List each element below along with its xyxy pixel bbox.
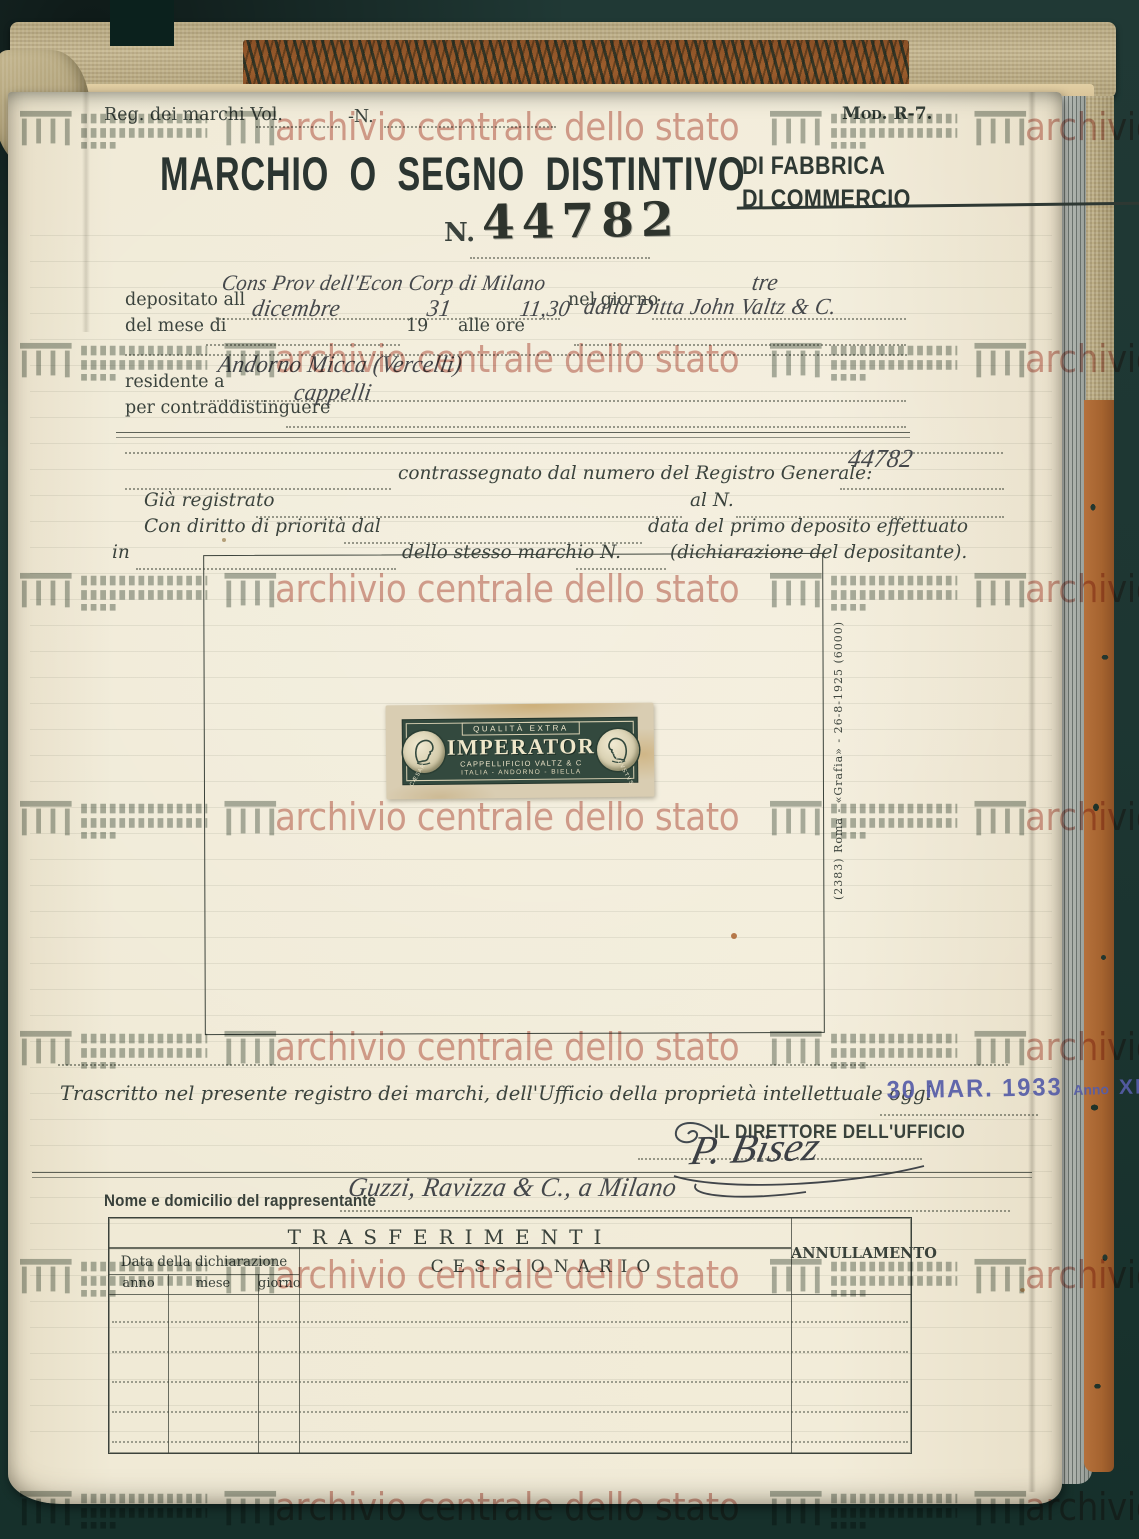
- form-model-label: Mod. R-7.: [842, 104, 932, 124]
- printer-imprint: (2383) Roma - «Grafia» - 26-8-1925 (6000…: [832, 690, 845, 900]
- section-divider: [116, 432, 910, 438]
- year-handwritten: 31: [425, 296, 453, 323]
- table-line: [791, 1218, 792, 1453]
- trademark-label: CÆSAR QUALITÀ EXTRA IMPERATOR CAPPELLIFI…: [403, 718, 638, 784]
- blank-line: [340, 1210, 1010, 1212]
- residence-label: residente a: [125, 372, 225, 392]
- stamp-anno-value: XI: [1119, 1075, 1139, 1098]
- hour-label: alle ore: [458, 316, 525, 336]
- table-line: [109, 1274, 299, 1275]
- empty-row-line: [112, 1441, 908, 1443]
- transfers-title: TRASFERIMENTI: [109, 1225, 791, 1249]
- marbled-cover-right: [1084, 400, 1114, 1472]
- blank-line: [58, 1064, 1008, 1066]
- residence-handwritten: Andorno Micca (Vercelli): [216, 352, 464, 379]
- hour-handwritten: 11,30: [518, 296, 572, 322]
- general-number-label: contrassegnato dal numero del Registro G…: [398, 463, 872, 484]
- goods-handwritten: cappelli: [292, 380, 374, 407]
- transfers-table: TRASFERIMENTI ANNULLAMENTO Data della di…: [108, 1217, 912, 1454]
- date-stamp: 30 MAR. 1933AnnoXI: [882, 1071, 1139, 1105]
- blank-line: [384, 126, 556, 128]
- col-annullamento: ANNULLAMENTO: [791, 1245, 911, 1262]
- register-volume-label: Reg. dei marchi Vol.: [104, 105, 283, 125]
- col-anno: anno: [109, 1276, 168, 1291]
- register-number-label: -N.: [348, 107, 374, 127]
- document-page: Reg. dei marchi Vol. -N. Mod. R-7. MARCH…: [8, 92, 1062, 1504]
- month-label: del mese di: [125, 316, 226, 336]
- table-line: [299, 1247, 300, 1453]
- blank-line: [574, 344, 906, 346]
- col-giorno: giorno: [258, 1276, 299, 1291]
- title-di-commercio-struck: DI COMMERCIO: [742, 185, 1139, 214]
- office-handwritten: Cons Prov dell'Econ Corp di Milano: [220, 270, 548, 296]
- general-number-handwritten: 44782: [846, 444, 915, 474]
- blank-line: [880, 1114, 1038, 1116]
- blank-line: [840, 488, 1004, 490]
- table-line: [258, 1274, 259, 1453]
- col-cessionario: CESSIONARIO: [299, 1257, 791, 1277]
- number-prefix: N.: [444, 218, 475, 248]
- representative-handwritten: Guzzi, Ravizza & C., a Milano: [346, 1172, 679, 1203]
- empty-row-line: [112, 1381, 908, 1383]
- director-signature: P. Bisez: [686, 1122, 824, 1174]
- ink-stain: [731, 933, 737, 939]
- stamp-anno-label: Anno: [1073, 1081, 1109, 1098]
- al-n-label: al N.: [690, 490, 734, 511]
- table-line: [168, 1274, 169, 1453]
- first-deposit-label: data del primo deposito effettuato: [648, 516, 968, 537]
- representative-label: Nome e domicilio del rappresentante: [104, 1192, 376, 1211]
- blank-line: [256, 126, 340, 128]
- day-handwritten: tre: [750, 270, 780, 297]
- caesar-coin: CÆSAR: [403, 720, 446, 784]
- empty-row-line: [112, 1321, 908, 1323]
- page-crease: [82, 92, 90, 332]
- scanned-register-page: Reg. dei marchi Vol. -N. Mod. R-7. MARCH…: [0, 0, 1139, 1539]
- registered-label: Già registrato: [144, 490, 275, 511]
- title-di-fabbrica: DI FABBRICA: [742, 152, 885, 181]
- ink-stain: [222, 538, 226, 542]
- blank-line: [286, 426, 906, 428]
- book-binding-canvas-right: [1086, 96, 1114, 406]
- binding-gap: [110, 0, 174, 46]
- date-group-header: Data della dichiarazione: [109, 1254, 299, 1270]
- trademark-label-patch: CÆSAR QUALITÀ EXTRA IMPERATOR CAPPELLIFI…: [386, 703, 655, 800]
- stamp-date: 30 MAR. 1933: [886, 1073, 1062, 1105]
- page-crease: [1028, 92, 1036, 1492]
- label-brand-text: IMPERATOR: [447, 734, 596, 760]
- blank-line: [206, 344, 400, 346]
- priority-label: Con diritto di priorità dal: [144, 516, 381, 537]
- table-line: [109, 1247, 791, 1249]
- label-cities-text: ITALIA - ANDORNO - BIELLA: [461, 767, 582, 777]
- blank-line: [470, 257, 650, 259]
- col-mese: mese: [168, 1276, 258, 1291]
- label-center: QUALITÀ EXTRA IMPERATOR CAPPELLIFICIO VA…: [445, 718, 598, 784]
- empty-row-line: [112, 1351, 908, 1353]
- in-label: in: [112, 542, 130, 563]
- augustus-coin: AVGVSTVS: [597, 718, 640, 782]
- empty-row-line: [112, 1411, 908, 1413]
- transcription-line: Trascritto nel presente registro dei mar…: [60, 1082, 932, 1105]
- month-handwritten: dicembre: [250, 296, 342, 323]
- ink-stain: [1020, 1288, 1025, 1292]
- firm-handwritten: dalla Ditta John Valtz & C.: [582, 294, 838, 320]
- registration-number-stamp: 44782: [482, 192, 681, 250]
